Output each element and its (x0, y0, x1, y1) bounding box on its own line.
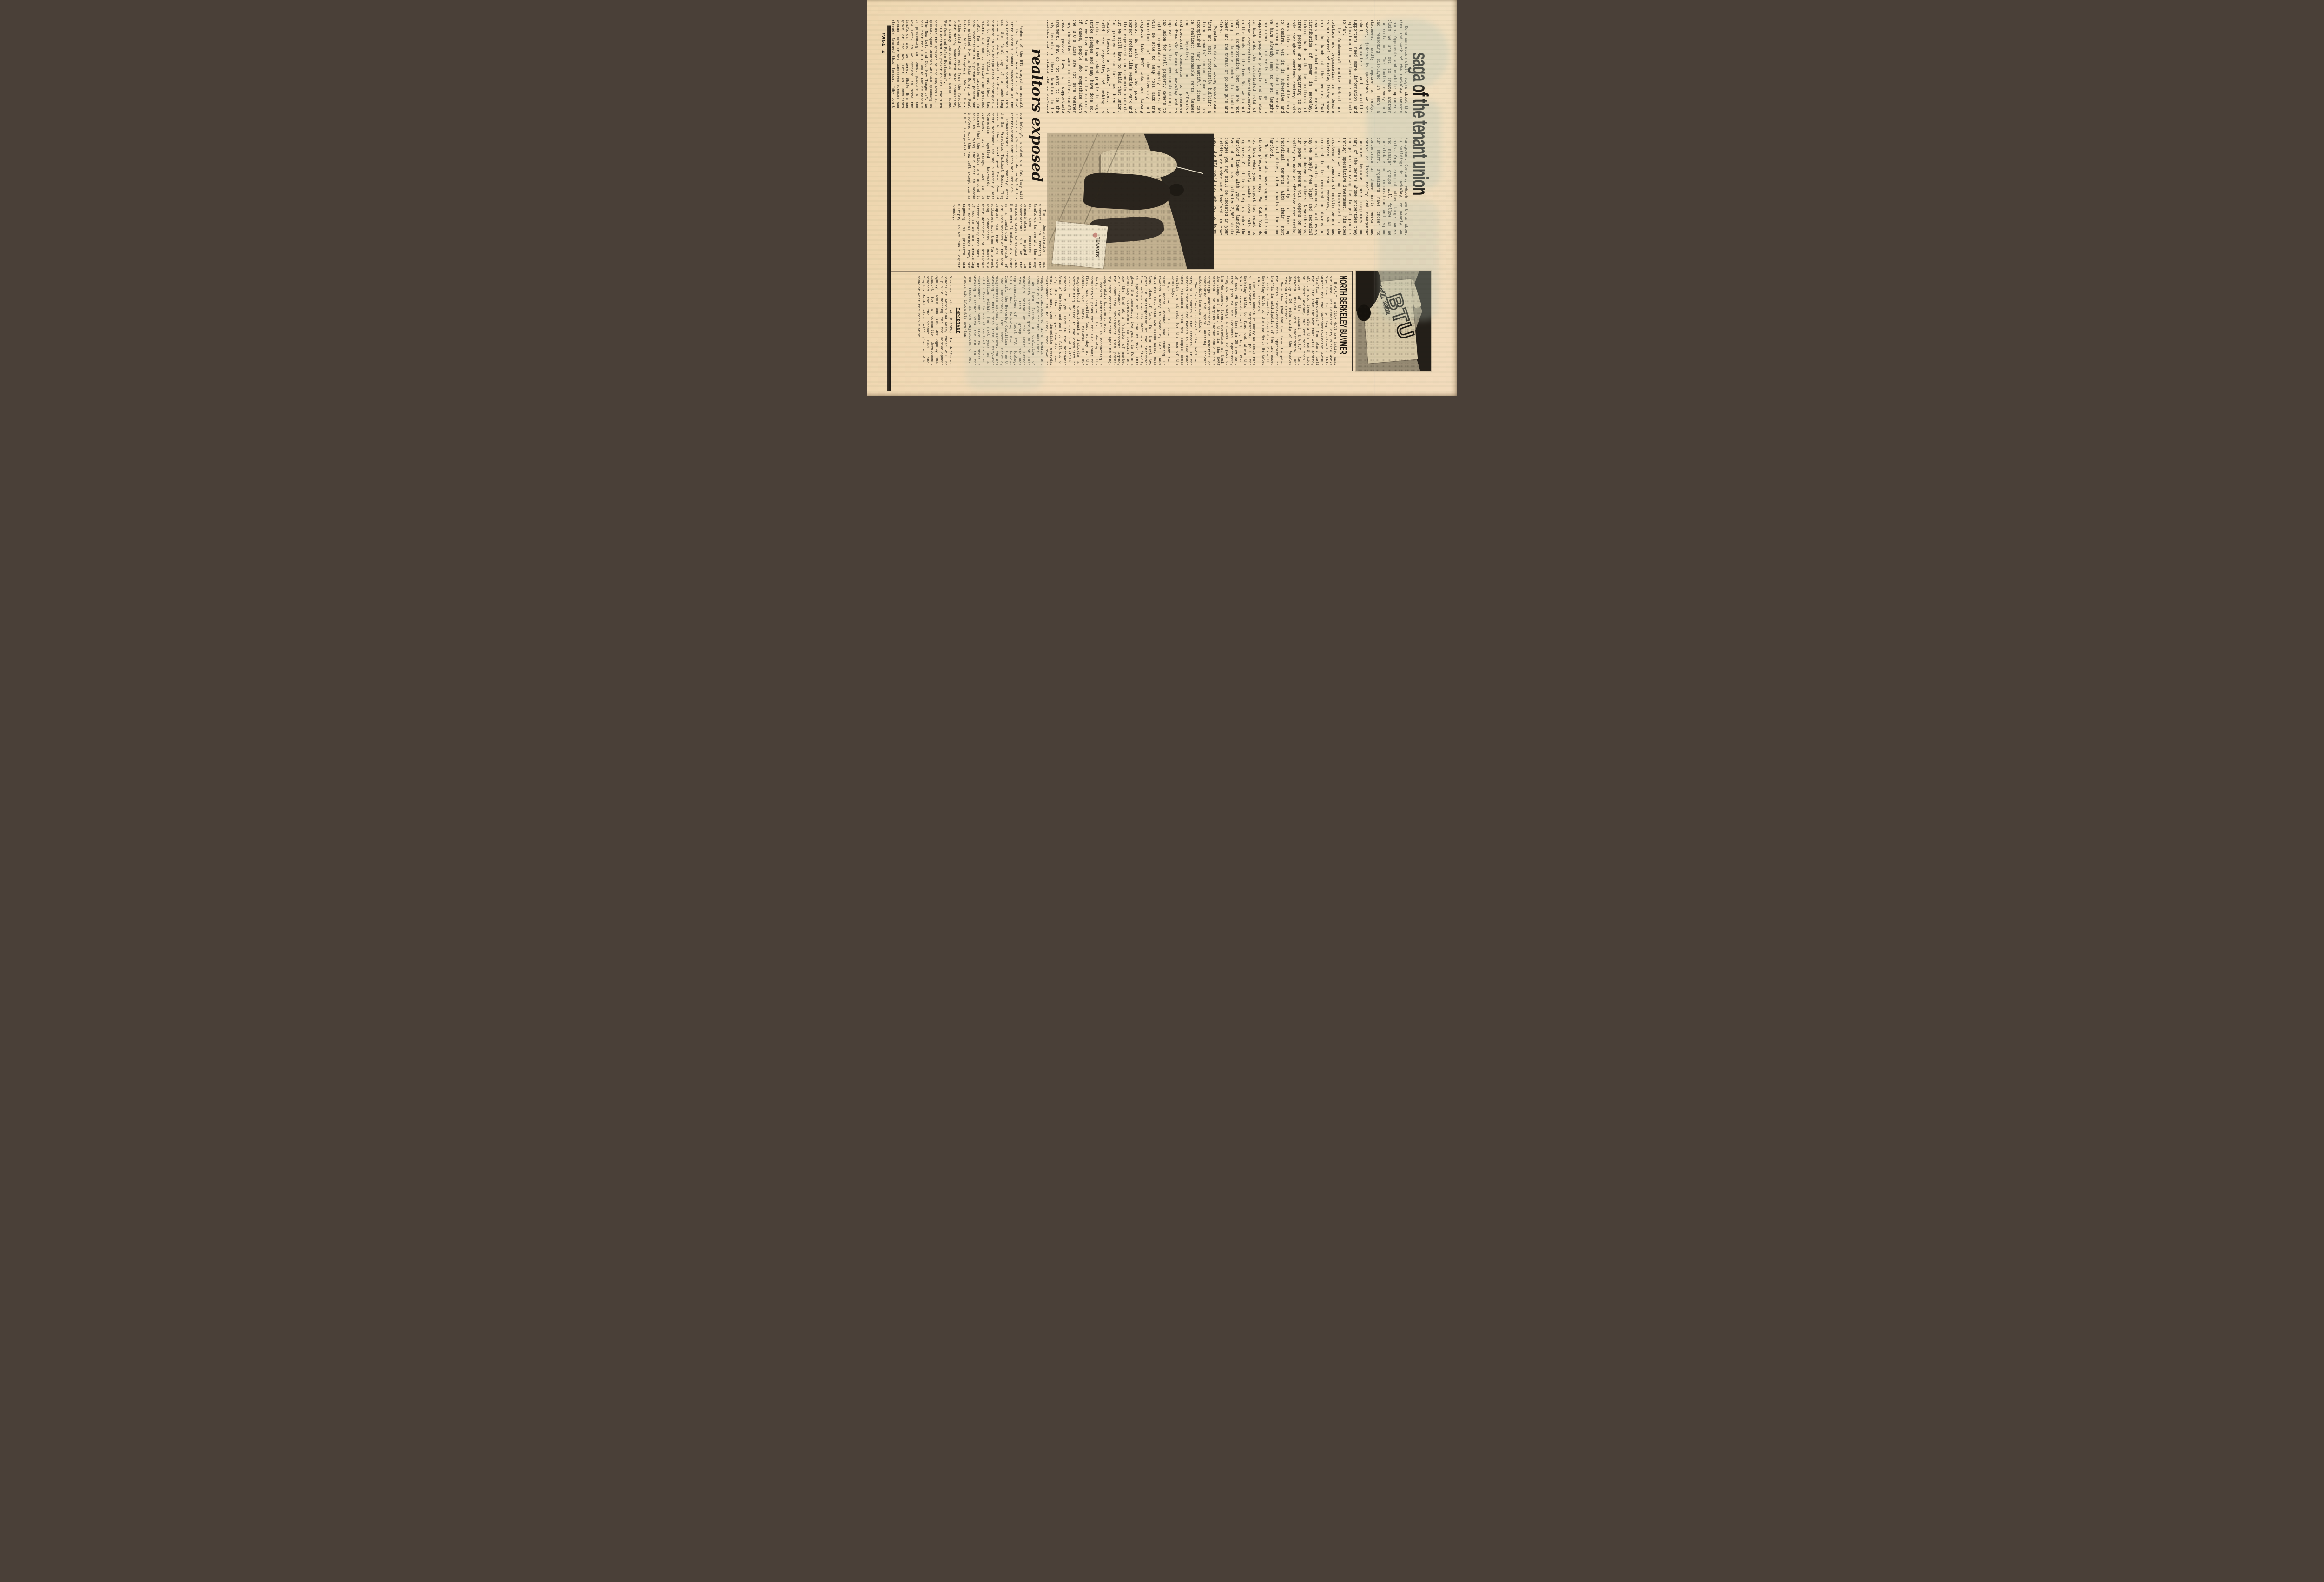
bottom-border-rule (888, 25, 891, 391)
realtors-article-column-2: you belong", shouted one fat lady with r… (890, 112, 1023, 199)
picket-line-photo: TENANTS (1048, 133, 1214, 269)
page-edge-shadow (867, 392, 1457, 396)
ink-show-through (1164, 44, 1285, 100)
wheel-shape (1357, 304, 1371, 321)
page-number: PAGE 2 (880, 33, 886, 54)
photo-divider-rule (1352, 271, 1353, 371)
important-notice-heading: IMPORTANT (955, 275, 960, 365)
ink-show-through (1378, 200, 1439, 321)
tenants-sign-text: TENANTS (1095, 226, 1101, 267)
picketer-head (1169, 184, 1184, 196)
tenants-sign: TENANTS (1052, 221, 1108, 268)
newspaper-scan: saga of the tenant union Some confusion … (867, 0, 1457, 396)
realtors-article-column-1: Members of the BTU staged an assault on … (890, 19, 1023, 108)
important-notice-body: December 1st: At 8:00PM, In Jefferson Sc… (916, 275, 952, 365)
page-edge-shadow (1451, 0, 1457, 396)
ink-show-through (1367, 100, 1441, 188)
column-divider-rule (891, 271, 1352, 271)
realtors-article-headline: realtors exposed (1028, 48, 1045, 182)
bummer-article-column: B.A.R.T. and City Hall are taking away o… (892, 275, 1337, 365)
bummer-article-headline: NORTH BERKELEY BUMMER (1337, 275, 1348, 354)
realtors-article-column-3: The demonstration was successful in forc… (890, 203, 1046, 268)
page-edge-shadow (867, 0, 1457, 3)
ink-show-through (965, 279, 1044, 391)
ink-show-through (1360, 19, 1449, 88)
